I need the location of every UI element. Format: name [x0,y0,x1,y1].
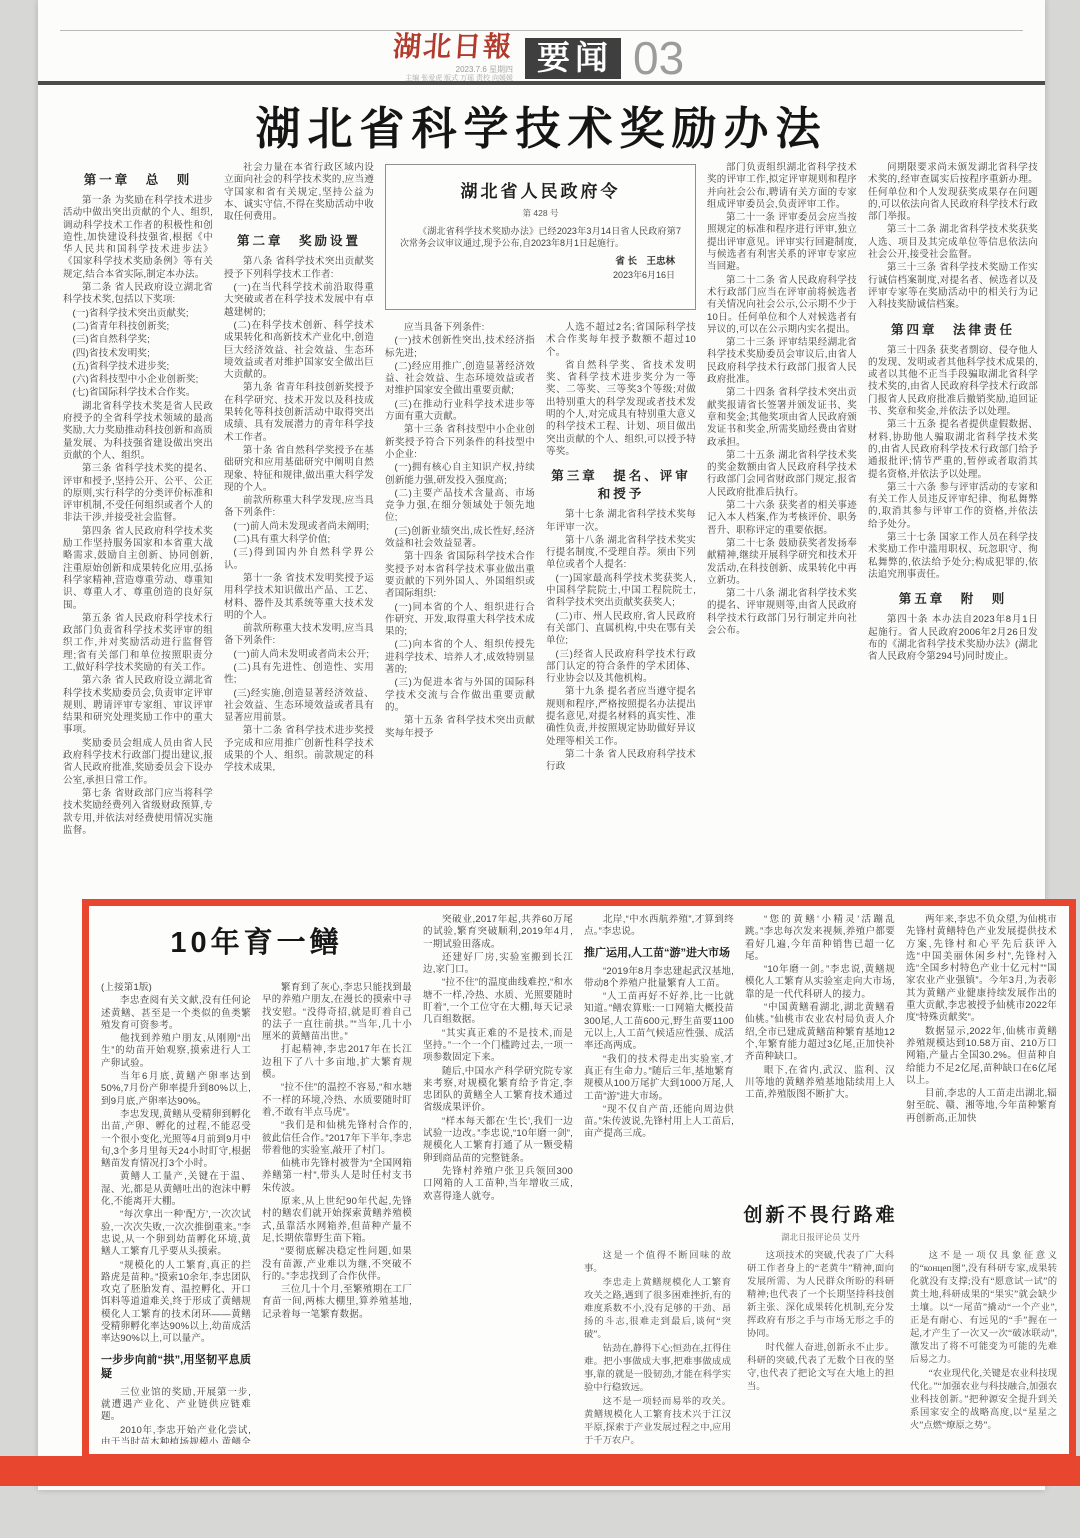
body-paragraph: 李忠查阅有关文献,没有任何论述黄鳝、甚至是一个类似的鱼类繁殖发育可资参考。 [101,995,251,1032]
body-paragraph: 应当具备下列条件: [385,322,535,334]
body-paragraph: “要彻底解决稳定性问题,如果没有苗源,产业难以为继,不突破不行的。”李忠找到了合… [262,1246,412,1283]
body-paragraph: 第二十六条 获奖者的相关事迹记入本人档案,作为考核评价、职务晋升、职称评定的重要… [707,500,857,537]
chapter-heading: 第一章 总 则 [63,170,213,188]
commentary-column-1: 这是一个值得不断回味的故事。李忠走上黄鳝规模化人工繁育攻关之路,遇到了很多困难挫… [584,1250,731,1450]
commentary-column-3: 这不是一项仅具象征意义的“концеп图”,没有科研专家,成果转化就没有支撑;没… [910,1250,1057,1450]
body-paragraph: 三位几十个月,至繁殖期在工厂育苗一间,两栋大棚里,算养殖基地,记录着每一笔繁育数… [262,1284,412,1321]
chapter-heading: 第五章 附 则 [868,589,1038,607]
body-paragraph: (一)前人尚未发明或者尚未公开; [224,649,374,661]
body-paragraph: (二)主要产品技术含量高、市场竞争力强,在细分领域处于领先地位; [385,488,535,525]
body-paragraph: 第三十四条 获奖者剽窃、侵夺他人的发现、发明或者其他科学技术成果的,或者以其他不… [868,345,1038,419]
body-paragraph: “我们的技术得走出实验室,才真正有生命力。”随后三年,基地繁育规模从100万尾扩… [584,1054,734,1103]
body-paragraph: (二)向本省的个人、组织传授先进科学技术、培养人才,成效特别显著的; [385,639,535,676]
body-paragraph: 钻劲在,静得下心;恒劲在,扛得住难。把小事做成大事,把难事做成成事,靠的就是一股… [584,1343,731,1395]
body-paragraph: “我们是和仙桃先锋村合作的,彼此信任合作。”2017年下半年,李忠带着他的实验室… [262,1120,412,1157]
body-paragraph: “拉不住”的温控不容易,“和水塘不一样的环境,冷热、水质要随时盯着,不敢有半点马… [262,1082,412,1119]
body-paragraph: 第三十二条 湖北省科学技术奖获奖人选、项目及其完成单位等信息依法向社会公开,接受… [868,224,1038,261]
body-paragraph: 第二条 省人民政府设立湖北省科学技术奖,包括以下奖项: [63,282,213,307]
masthead-rule [38,81,1045,85]
body-paragraph: “人工苗再好不好养,比一比就知道。”鳝农算账:一口网箱大概投苗300尾,人工苗6… [584,991,734,1052]
body-paragraph: (六)省科技型中小企业创新奖; [63,374,213,386]
body-paragraph: 仙桃市先锋村被誉为“全国网箱养鳝第一村”,带头人是时任村支书朱传波。 [262,1158,412,1195]
body-paragraph: (一)在当代科学技术前沿取得重大突破或者在科学技术发展中有卓越建树的; [224,282,374,319]
body-paragraph: (三)经实施,创造显著经济效益、社会效益、生态环境效益或者具有显著应用前景。 [224,688,374,725]
body-paragraph: “中国黄鳝看湖北,湖北黄鳝看仙桃。”仙桃市农业农村局负责人介绍,全市已建成黄鳝苗… [745,1002,895,1063]
body-paragraph: 第三十七条 国家工作人员在科学技术奖励工作中滥用职权、玩忽职守、徇私舞弊的,依法… [868,532,1038,581]
body-paragraph: 第八条 省科学技术突出贡献奖授予下列科学技术工作者: [224,256,374,281]
body-paragraph: (三)在推动行业科学技术进步等方面有重大贡献。 [385,399,535,424]
body-paragraph: (一)技术创新性突出,技术经济指标先进; [385,335,535,360]
body-paragraph: 这不是一项轻而易举的攻关。黄鳝规模化人工繁育技术兴于江汉平原,探索于产业发展过程… [584,1396,731,1448]
feature-column-6: 两年来,李忠不负众望,为仙桃市先锋村黄鳝特色产业发展提供技术方案,先锋村和心平先… [906,914,1057,1190]
regulation-column-2: 社会力量在本省行政区域内设立面向社会的科学技术奖的,应当遵守国家和省有关规定,坚… [224,162,374,897]
body-paragraph: (二)具有重大科学价值; [224,534,374,546]
body-paragraph: 还建好厂房,实验室搬到长江边,家门口。 [423,952,573,977]
body-paragraph: 第十二条 省科学技术进步奖授予完成和应用推广创新性科学技术成果的个人、组织。前款… [224,725,374,774]
body-paragraph: (七)省国际科学技术合作奖。 [63,387,213,399]
commentary-byline: 湖北日报评论员 艾丹 [584,1231,1057,1243]
body-paragraph: “样本每天都在‘生长’,我们一边试验一边改。”李忠说,“10年磨一剑”,规模化人… [423,1116,573,1165]
body-paragraph: (三)经省人民政府科学技术行政部门认定的符合条件的学术团体、行业协会以及其他机构… [546,649,696,686]
body-paragraph: 第十九条 提名者应当遵守提名规则和程序,严格按照提名办法提出提名意见,对提名材料… [546,686,696,747]
gov-order-title: 湖北省人民政府令 [400,177,681,202]
body-paragraph: (一)国家最高科学技术奖获奖人,中国科学院院士,中国工程院院士,省科学技术突出贡… [546,573,696,610]
gov-order-number: 第 428 号 [400,207,681,219]
body-paragraph: (二)经应用推广,创造显著经济效益、社会效益、生态环境效益或者对维护国家安全做出… [385,361,535,398]
body-paragraph: 第十一条 省技术发明奖授予运用科学技术知识做出产品、工艺、材料、器件及其系统等重… [224,573,374,622]
body-paragraph: “每次拿出一种‘配方’,一次次试验,一次次失败,一次次推倒重来。”李忠说,从一个… [101,1209,251,1258]
feature-column-4: 北岸,“中水西航养殖”,才算到终点。”李忠说。推广运用,人工苗“游”进大市场“2… [584,914,734,1190]
feature-column-1: (上接第1版)李忠查阅有关文献,没有任何论述黄鳝、甚至是一个类似的鱼类繁殖发育可… [101,982,251,1444]
body-paragraph: (二)具有先进性、创造性、实用性; [224,662,374,687]
body-paragraph: 第三条 省科学技术奖的提名、评审和授予,坚持公开、公平、公正的原则,实行科学的分… [63,463,213,524]
body-paragraph: 这项技术的突破,代表了广大科研工作者身上的“老黄牛”精神,面向发展所需、为人民群… [747,1250,894,1341]
body-paragraph: 奖励委员会组成人员由省人民政府科学技术行政部门提出建议,报省人民政府批准,奖励委… [63,738,213,787]
body-paragraph: 第六条 省人民政府设立湖北省科学技术奖励委员会,负责审定评审规则、聘请评审专家组… [63,675,213,736]
body-paragraph: (一)前人尚未发现或者尚未阐明; [224,521,374,533]
body-paragraph: (四)省技术发明奖; [63,348,213,360]
gov-order-body: 《湖北省科学技术奖励办法》已经2023年3月14日省人民政府第7次常务会议审议通… [400,225,681,249]
body-paragraph: 湖北省科学技术奖是省人民政府授予的全省科学技术领域的最高奖励,大力奖励推动科技创… [63,401,213,462]
body-paragraph: 第十七条 湖北省科学技术奖每年评审一次。 [546,509,696,534]
chapter-heading: 第二章 奖励设置 [224,231,374,249]
body-paragraph: 第二十二条 省人民政府科学技术行政部门应当在评审前将候选者有关情况向社会公示,公… [707,275,857,336]
body-paragraph: 这是一个值得不断回味的故事。 [584,1250,731,1276]
body-paragraph: 黄鳝人工量产,关键在于温、湿、光,都是从黄鳝吐出的泡沫中孵化,不能离开大棚。 [101,1171,251,1208]
body-paragraph: 第二十条 省人民政府科学技术行政 [546,749,696,774]
body-paragraph: 三位业馆的奖励,开展第一步,就遭遇产业化、产业链供应链难题。 [101,1387,251,1424]
sub-headline: 推广运用,人工苗“游”进大市场 [584,946,734,960]
body-paragraph: (一)省科学技术突出贡献奖; [63,308,213,320]
body-paragraph: 时代催人奋进,创新永不止步。科研的突破,代表了无数个日夜的坚守,也代表了把论文写… [747,1342,894,1394]
body-paragraph: 繁育到了灰心,李忠只能找到最早的养殖户朋友,在漫长的摸索中寻找安慰。“没得奇招,… [262,982,412,1043]
body-paragraph: 部门负责组织湖北省科学技术奖的评审工作,拟定评审规则和程序并向社会公布,聘请有关… [707,162,857,211]
body-paragraph: “拉不住”的温度曲线难控,“和水塘不一样,冷热、水质、光照要随时盯着”,一个工位… [423,977,573,1026]
body-paragraph: 第十五条 省科学技术突出贡献奖每年授予 [385,715,535,740]
body-paragraph: 第五条 省人民政府科学技术行政部门负责省科学技术奖评审的组织工作,并对奖励活动进… [63,613,213,674]
body-paragraph: 第四条 省人民政府科学技术奖励工作坚持服务国家和本省重大战略需求,鼓励自主创新、… [63,526,213,612]
regulation-column-6: 问期限要求尚未颁发湖北省科学技术奖的,经审查属实后按程序重新办理。任何单位和个人… [868,162,1038,897]
masthead: 湖北日報 2023.7.6 星期四 主编 张爱虎 版式 万瑶 责校 向媛媛 要闻… [393,34,684,83]
body-paragraph: 2010年,李忠开始产业化尝试,由于当时苗木种植场规模小,黄鳝全人工 [101,1425,251,1445]
body-paragraph: 他找到养殖户朋友,从刚刚“出生”的幼苗开始观察,摸索进行人工产卵试验。 [101,1033,251,1070]
body-paragraph: 眼下,在省内,武汉、监利、汉川等地的黄鳝养殖基地陆续用上人工苗,养殖版图不断扩大… [745,1065,895,1102]
body-paragraph: (三)为促进本省与外国的国际科学技术交流与合作做出重要贡献的。 [385,677,535,714]
body-paragraph: 第三十六条 参与评审活动的专家和有关工作人员违反评审纪律、徇私舞弊的,取消其参与… [868,482,1038,531]
body-paragraph: (一)同本省的个人、组织进行合作研究、开发,取得重大科学技术成果的; [385,602,535,639]
feature-column-2: 繁育到了灰心,李忠只能找到最早的养殖户朋友,在漫长的摸索中寻找安慰。“没得奇招,… [262,982,412,1444]
regulation-body: 第一章 总 则第一条 为奖励在科学技术进步活动中做出突出贡献的个人、组织,调动科… [63,162,1038,897]
commentary-column-2: 这项技术的突破,代表了广大科研工作者身上的“老黄牛”精神,面向发展所需、为人民群… [747,1250,894,1450]
gov-order-date: 2023年6月16日 [400,268,675,281]
body-paragraph: 第十八条 湖北省科学技术奖实行提名制度,不受理自荐。须由下列单位或者个人提名: [546,535,696,572]
newspaper-logo: 湖北日報 [392,34,514,62]
body-paragraph: (三)省自然科学奖; [63,334,213,346]
body-paragraph: (上接第1版) [101,982,251,994]
masthead-logo-block: 湖北日報 2023.7.6 星期四 主编 张爱虎 版式 万瑶 责校 向媛媛 [393,34,513,83]
body-paragraph: 突破业,2017年起,共养60万尾的试验,繁育突破顺利,2019年4月,一期试验… [423,914,573,951]
body-paragraph: 第九条 省青年科技创新奖授予在科学研究、技术开发以及科技成果转化等科技创新活动中… [224,382,374,443]
body-paragraph: 第二十七条 鼓励获奖者发扬奉献精神,继续开展科学研究和技术开发活动,在科技创新、… [707,538,857,587]
body-paragraph: 第二十五条 湖北省科学技术奖的奖金数额由省人民政府科学技术行政部门会同省财政部门… [707,450,857,499]
body-paragraph: (三)创新业绩突出,成长性好,经济效益和社会效益显著。 [385,526,535,551]
body-paragraph: 人选不超过2名;省国际科学技术合作奖每年授予数额不超过10个。 [546,322,696,359]
sub-headline: 一步步向前“拱”,用坚韧平息质疑 [101,1353,251,1381]
body-paragraph: 第二十一条 评审委员会应当按照规定的标准和程序进行评审,独立提出评审意见。评审实… [707,212,857,273]
regulation-column-1: 第一章 总 则第一条 为奖励在科学技术进步活动中做出突出贡献的个人、组织,调动科… [63,162,213,897]
body-paragraph: “规模化的人工繁育,真正的拦路虎是苗种。”摸索10余年,李忠团队攻克了胚胎发育、… [101,1260,251,1346]
body-paragraph: “农业现代化,关键是农业科技现代化。”“加强农业与科技融合,加强农业科技创新。”… [910,1368,1057,1433]
body-paragraph: 问期限要求尚未颁发湖北省科学技术奖的,经审查属实后按程序重新办理。任何单位和个人… [868,162,1038,223]
feature-headline: 10年育一鳝 [101,920,412,961]
body-paragraph: (一)拥有核心自主知识产权,持续创新能力强,研发投入强度高; [385,462,535,487]
body-paragraph: “2019年8月李忠建起武汉基地,带动8个养殖户批量繁育人工苗。 [584,966,734,991]
body-paragraph: (三)得到国内外自然科学界公认。 [224,547,374,572]
chapter-heading: 第三章 提名、评审和授予 [546,466,696,502]
body-paragraph: 李忠走上黄鳝规模化人工繁育攻关之路,遇到了很多困难挫折,有的难度系数不小,没有足… [584,1277,731,1342]
body-paragraph: “您的黄鳝‘小精灵’活蹦乱跳。”李忠每次发来视频,养殖户都要看好几遍,今年苗种销… [745,914,895,963]
body-paragraph: 原来,从上世纪90年代起,先锋村的鳝农们就开始探索黄鳝养殖模式,虽靠活水网箱养,… [262,1196,412,1245]
body-paragraph: 数据显示,2022年,仙桃市黄鳝养殖规模达到10.58万亩、210万口网箱,产量… [906,1026,1057,1087]
body-paragraph: 随后,中国水产科学研究院专家来考察,对规模化繁育给予肯定,李忠团队的黄鳝全人工繁… [423,1066,573,1115]
body-paragraph: 省自然科学奖、省技术发明奖、省科学技术进步奖分为一等奖、二等奖、三等奖3个等级;… [546,360,696,458]
body-paragraph: 这不是一项仅具象征意义的“концеп图”,没有科研专家,成果转化就没有支撑;没… [910,1250,1057,1367]
body-paragraph: “10年磨一剑。”李忠说,黄鳝规模化人工繁育从实验室走向大市场,靠的是一代代科研… [745,964,895,1001]
body-paragraph: 北岸,“中水西航养殖”,才算到终点。”李忠说。 [584,914,734,939]
body-paragraph: (二)在科学技术创新、科学技术成果转化和高新技术产业化中,创造巨大经济效益、社会… [224,320,374,381]
body-paragraph: 李忠发现,黄鳝从受精卵到孵化出苗,产卵、孵化的过程,不能忍受一个很小变化,光照等… [101,1109,251,1170]
body-paragraph: (二)省青年科技创新奖; [63,321,213,333]
feature-column-5: “您的黄鳝‘小精灵’活蹦乱跳。”李忠每次发来视频,养殖户都要看好几遍,今年苗种销… [745,914,895,1190]
body-paragraph: 第十三条 省科技型中小企业创新奖授予符合下列条件的科技型中小企业: [385,424,535,461]
gov-order-signature: 省 长 王忠林 [400,253,675,267]
body-paragraph: 第三十三条 省科学技术奖励工作实行诚信档案制度,对提名者、候选者以及评审专家等在… [868,262,1038,311]
newspaper-page: 湖北日報 2023.7.6 星期四 主编 张爱虎 版式 万瑶 责校 向媛媛 要闻… [38,0,1045,1490]
body-paragraph: 前款所称重大科学发现,应当具备下列条件: [224,495,374,520]
body-paragraph: 第二十三条 评审结果经湖北省科学技术奖励委员会审议后,由省人民政府科学技术行政部… [707,337,857,386]
body-paragraph: 第十条 省自然科学奖授予在基础研究和应用基础研究中阐明自然现象、特征和规律,做出… [224,445,374,494]
body-paragraph: 第二十四条 省科学技术突出贡献奖报请省长签署并颁发证书、奖章和奖金;其他奖项由省… [707,387,857,448]
feature-red-box: 10年育一鳝 (上接第1版)李忠查阅有关文献,没有任何论述黄鳝、甚至是一个类似的… [82,899,1076,1461]
body-paragraph: 社会力量在本省行政区域内设立面向社会的科学技术奖的,应当遵守国家和省有关规定,坚… [224,162,374,223]
body-paragraph: 第三十五条 提名者提供虚假数据、材料,协助他人骗取湖北省科学技术奖的,由省人民政… [868,419,1038,480]
feature-column-3: 突破业,2017年起,共养60万尾的试验,繁育突破顺利,2019年4月,一期试验… [423,914,573,1444]
body-paragraph: 第一条 为奖励在科学技术进步活动中做出突出贡献的个人、组织,调动科学技术工作者的… [63,195,213,281]
regulation-column-5: 部门负责组织湖北省科学技术奖的评审工作,拟定评审规则和程序并向社会公布,聘请有关… [707,162,857,897]
red-bottom-bar [0,1456,1080,1486]
body-paragraph: (二)市、州人民政府,省人民政府有关部门、直属机构,中央在鄂有关单位; [546,611,696,648]
body-paragraph: “现不仅自产苗,还能向周边供苗。”朱传波说,先锋村用上人工苗后,亩产提高三成。 [584,1104,734,1141]
body-paragraph: 打起精神,李忠2017年在长江边租下了八十多亩地,扩大繁育规模。 [262,1044,412,1081]
top-rule [60,30,1023,31]
commentary-article: 创新不畏行路难 湖北日报评论员 艾丹 这是一个值得不断回味的故事。李忠走上黄鳝规… [584,1198,1057,1446]
body-paragraph: 第二十八条 湖北省科学技术奖的提名、评审规则等,由省人民政府科学技术行政部门另行… [707,588,857,637]
chapter-heading: 第四章 法律责任 [868,320,1038,338]
body-paragraph: (五)省科学技术进步奖; [63,361,213,373]
body-paragraph: 第四十条 本办法自2023年8月1日起施行。省人民政府2006年2月26日发布的… [868,614,1038,663]
body-paragraph: 目前,李忠的人工苗走出湖北,辐射至皖、赣、湘等地,今年苗种繁育再创新高,正加快 [906,1088,1057,1125]
commentary-headline: 创新不畏行路难 [584,1200,1057,1227]
government-order-box: 湖北省人民政府令 第 428 号 《湖北省科学技术奖励办法》已经2023年3月1… [385,164,696,310]
body-paragraph: 第七条 省财政部门应当将科学技术奖励经费列入省级财政预算,专款专用,并依法对经费… [63,788,213,837]
main-headline: 湖北省科学技术奖励办法 [38,92,1045,157]
masthead-date: 2023.7.6 星期四 [456,65,513,75]
body-paragraph: 当年6月底,黄鳝产卵率达到50%,7月份产卵率提升到80%以上,到9月底,产卵率… [101,1071,251,1108]
body-paragraph: 两年来,李忠不负众望,为仙桃市先锋村黄鳝特色产业发展提供技术方案,先锋村和心平先… [906,914,1057,1025]
body-paragraph: “其实真正难的不是技术,而是坚持。”一个一个门槛跨过去,一项一项参数固定下来。 [423,1028,573,1065]
body-paragraph: 前款所称重大技术发明,应当具备下列条件: [224,623,374,648]
page-number: 03 [633,35,684,81]
body-paragraph: 先锋村养殖户张卫兵领回300口网箱的人工苗种,当年增收三成,欢喜得逢人就夸。 [423,1166,573,1203]
body-paragraph: 第十四条 省国际科学技术合作奖授予对本省科学技术事业做出重要贡献的下列外国人、外… [385,551,535,600]
section-label: 要闻 [525,38,621,79]
